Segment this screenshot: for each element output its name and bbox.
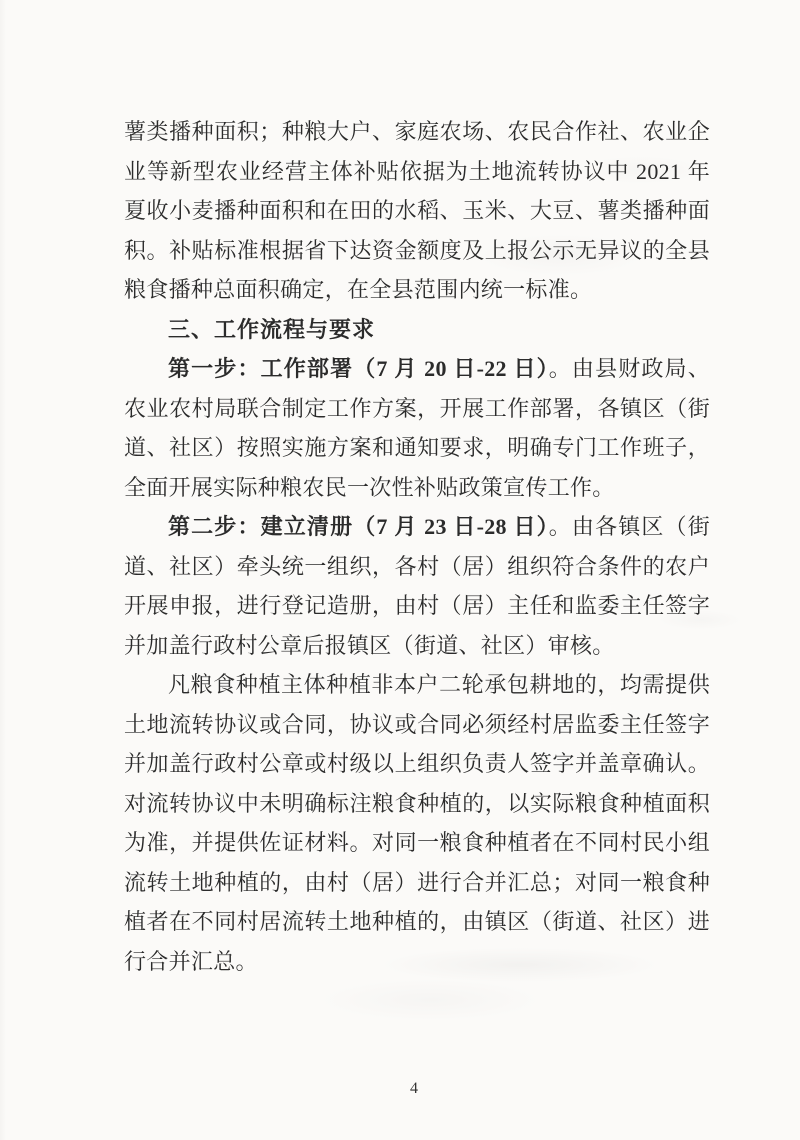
paragraph-step-2: 第二步：建立清册（7 月 23 日-28 日）。由各镇区（街道、社区）牵头统一组… [124,507,710,665]
body-text-segment: 薯类播种面积；种粮大户、家庭农场、农民合作社、农业企业等新型农业经营主体补贴依据… [124,119,710,302]
paragraph-continuation: 薯类播种面积；种粮大户、家庭农场、农民合作社、农业企业等新型农业经营主体补贴依据… [124,112,710,310]
paragraph-land-transfer: 凡粮食种植主体种植非本户二轮承包耕地的，均需提供土地流转协议或合同，协议或合同必… [124,665,710,981]
body-text-segment: 凡粮食种植主体种植非本户二轮承包耕地的，均需提供土地流转协议或合同，协议或合同必… [124,672,710,974]
bold-text-segment: 第二步：建立清册（7 月 23 日-28 日） [168,514,549,539]
bold-text-segment: 三、工作流程与要求 [168,317,375,342]
paragraph-step-1: 第一步：工作部署（7 月 20 日-22 日）。由县财政局、农业农村局联合制定工… [124,349,710,507]
document-page: 薯类播种面积；种粮大户、家庭农场、农民合作社、农业企业等新型农业经营主体补贴依据… [0,0,800,1140]
section-heading: 三、工作流程与要求 [124,310,710,350]
bold-text-segment: 第一步：工作部署（7 月 20 日-22 日） [168,356,549,381]
page-number: 4 [14,1080,800,1098]
document-body: 薯类播种面积；种粮大户、家庭农场、农民合作社、农业企业等新型农业经营主体补贴依据… [124,112,710,981]
